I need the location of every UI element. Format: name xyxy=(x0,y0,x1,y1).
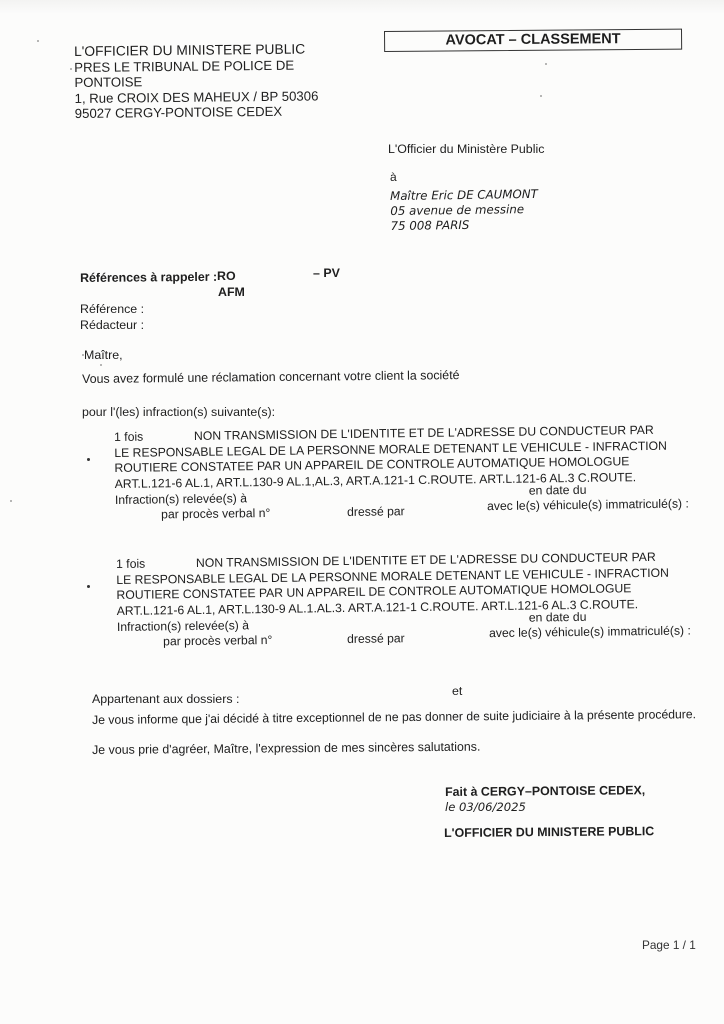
redacteur-label: Rédacteur : xyxy=(80,318,144,332)
scan-speck xyxy=(82,354,84,356)
sender-address: L'OFFICIER DU MINISTERE PUBLIC PRES LE T… xyxy=(74,41,319,121)
scan-speck xyxy=(545,63,547,65)
dossiers-label: Appartenant aux dossiers : xyxy=(92,692,239,706)
bullet-icon xyxy=(87,458,90,461)
scan-speck xyxy=(70,68,72,70)
recipient-street: 05 avenue de messine xyxy=(390,202,538,219)
infraction-pv-number: par procès verbal n° xyxy=(161,506,270,523)
reference-ro: RO xyxy=(217,269,236,283)
recipient-from: L'Officier du Ministère Public xyxy=(388,142,544,156)
sender-line: L'OFFICIER DU MINISTERE PUBLIC xyxy=(74,41,318,59)
reference-pv: – PV xyxy=(313,266,340,280)
document-title-box: AVOCAT – CLASSEMENT xyxy=(384,29,682,52)
page-number: Page 1 / 1 xyxy=(642,938,696,952)
reference-afm: AFM xyxy=(218,285,245,299)
infraction-count: 1 fois xyxy=(116,557,145,571)
recipient-address: Maître Eric DE CAUMONT 05 avenue de mess… xyxy=(390,187,538,234)
infraction-en-date: en date du xyxy=(529,483,587,499)
scan-speck xyxy=(100,364,102,366)
salutations-text: Je vous prie d'agréer, Maître, l'express… xyxy=(92,740,480,757)
infraction-relevee: Infraction(s) relevée(s) à xyxy=(117,618,249,634)
infraction-item: 1 fois NON TRANSMISSION DE L'IDENTITE ET… xyxy=(116,550,670,650)
scanned-letter-page: L'OFFICIER DU MINISTERE PUBLIC PRES LE T… xyxy=(0,0,724,1024)
infractions-intro: pour l'(les) infraction(s) suivante(s): xyxy=(82,405,275,419)
bullet-icon xyxy=(87,585,90,588)
reference-label: Référence : xyxy=(80,302,144,316)
sender-line: 95027 CERGY-PONTOISE CEDEX xyxy=(75,103,319,121)
scan-speck xyxy=(540,95,542,97)
sender-line: PRES LE TRIBUNAL DE POLICE DE xyxy=(74,57,318,75)
infraction-pv-number: par procès verbal n° xyxy=(163,633,272,650)
references-label: Références à rappeler : xyxy=(80,270,217,285)
signatory: L'OFFICIER DU MINISTERE PUBLIC xyxy=(444,824,654,840)
infraction-dresse-par: dressé par xyxy=(347,631,405,647)
infraction-count: 1 fois xyxy=(114,430,143,444)
recipient-to-word: à xyxy=(390,170,397,184)
intro-text: Vous avez formulé une réclamation concer… xyxy=(82,368,460,386)
infraction-en-date: en date du xyxy=(529,610,587,626)
scan-speck xyxy=(10,500,12,502)
signature-place: Fait à CERGY–PONTOISE CEDEX, xyxy=(445,783,645,799)
infraction-dresse-par: dressé par xyxy=(347,504,405,520)
salutation: Maître, xyxy=(84,348,123,362)
infraction-item: 1 fois NON TRANSMISSION DE L'IDENTITE ET… xyxy=(114,423,668,523)
infraction-vehicule: avec le(s) véhicule(s) immatriculé(s) : xyxy=(489,623,691,641)
infraction-vehicule: avec le(s) véhicule(s) immatriculé(s) : xyxy=(487,496,689,514)
decision-text: Je vous informe que j'ai décidé à titre … xyxy=(92,707,696,727)
scan-speck xyxy=(37,40,39,42)
recipient-city: 75 008 PARIS xyxy=(390,217,538,234)
signature-date: le 03/06/2025 xyxy=(445,800,526,814)
dossiers-et: et xyxy=(452,684,462,698)
infraction-relevee: Infraction(s) relevée(s) à xyxy=(115,491,247,507)
